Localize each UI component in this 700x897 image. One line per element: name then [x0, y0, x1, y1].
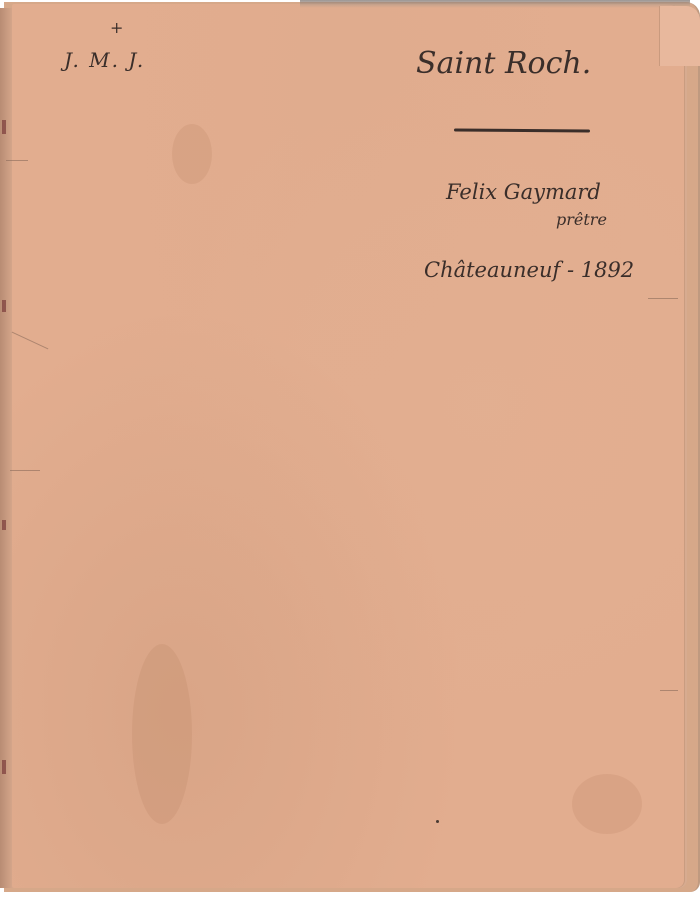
- ink-dot: [436, 820, 439, 823]
- document-title: Saint Roch.: [416, 46, 591, 81]
- stain: [132, 644, 192, 824]
- cross-mark: +: [110, 18, 123, 37]
- author-role: prêtre: [556, 210, 607, 229]
- author-name: Felix Gaymard: [446, 180, 601, 204]
- stain: [572, 774, 642, 834]
- stain: [172, 124, 212, 184]
- binding-thread: [2, 520, 6, 530]
- tear-mark: [648, 298, 678, 299]
- place-and-date: Châteauneuf - 1892: [424, 258, 634, 282]
- binding-thread: [2, 760, 6, 774]
- tear-mark: [6, 160, 28, 161]
- top-edge-shadow: [300, 0, 690, 8]
- tear-mark: [660, 690, 678, 691]
- manuscript-cover: + J. M. J. Saint Roch. Felix Gaymard prê…: [0, 0, 700, 897]
- binding-thread: [2, 120, 6, 134]
- jmj-initials: J. M. J.: [64, 48, 145, 72]
- tear-mark: [10, 470, 40, 471]
- binding-thread: [2, 300, 6, 312]
- corner-fold: [659, 6, 700, 66]
- cover-page: [12, 4, 684, 888]
